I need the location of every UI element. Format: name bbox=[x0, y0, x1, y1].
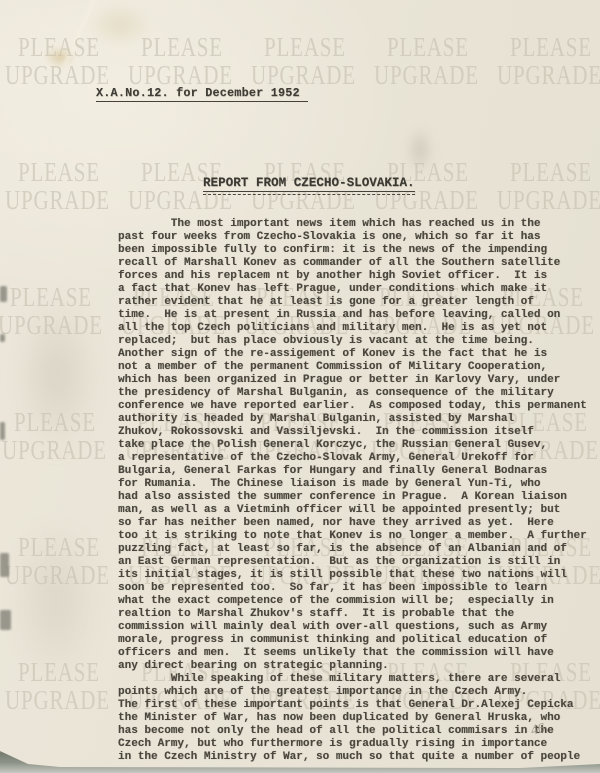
typed-line: take place the Polish General Korczyc, t… bbox=[118, 439, 600, 452]
report-title: REPORT FROM CZECHO-SLOVAKIA. bbox=[203, 176, 415, 192]
scan-artifact bbox=[0, 553, 9, 577]
typed-line: Zhukov, Rokossovski and Vassiljevski. In… bbox=[118, 426, 600, 439]
typed-line: morale, progress in communist thinking a… bbox=[118, 634, 600, 647]
typed-line: rather evident that he at least is gone … bbox=[118, 296, 600, 309]
scanned-document: PLEASEPLEASEPLEASEPLEASEPLEASEUPGRADEUPG… bbox=[0, 0, 600, 773]
typed-line: recall of Marshall Konev as commander of… bbox=[118, 257, 600, 270]
typed-line: replaced; but has place obviously is vac… bbox=[118, 335, 600, 348]
typed-line: conference we have reported earlier. As … bbox=[118, 400, 600, 413]
typed-line: all the top Czech politicians and milita… bbox=[118, 322, 600, 335]
typed-line: realtion to Marshal Zhukov's staff. It i… bbox=[118, 608, 600, 621]
typed-line: points which are of the greatest importa… bbox=[118, 686, 600, 699]
typed-line: too it is striking to note that Konev is… bbox=[118, 530, 600, 543]
typed-line: forces and his replacem nt by another hi… bbox=[118, 270, 600, 283]
typed-line: Another sign of the re-assigement of Kon… bbox=[118, 348, 600, 361]
typed-line: the presidency of Marshal Bulganin, as c… bbox=[118, 387, 600, 400]
typed-line: Bulgaria, General Farkas for Hungary and… bbox=[118, 465, 600, 478]
typed-line: past four weeks from Czecho-Slovakia is … bbox=[118, 231, 600, 244]
typed-line: authority is headed by Marshal Bulganin,… bbox=[118, 413, 600, 426]
typed-line: its initial stages, it is still possible… bbox=[118, 569, 600, 582]
typed-line: for Rumania. The Chinese liaison is made… bbox=[118, 478, 600, 491]
typed-line: man, as well as a Vietminh officer will … bbox=[118, 504, 600, 517]
typed-line: The most important news item which has r… bbox=[118, 218, 600, 231]
scan-artifact bbox=[0, 610, 11, 630]
document-number-heading: X.A.No.12. for December 1952 bbox=[96, 86, 308, 102]
typed-line: a representative of the Czecho-Slovak Ar… bbox=[118, 452, 600, 465]
typed-line: what the exact competence of the commisi… bbox=[118, 595, 600, 608]
typed-line: in the Czech Ministry of War, so much so… bbox=[118, 751, 600, 764]
document-body: The most important news item which has r… bbox=[118, 218, 600, 764]
scan-artifact bbox=[0, 286, 7, 302]
typed-line: so far has neither been named, nor have … bbox=[118, 517, 600, 530]
typed-line: puzzling fact, at least so far, is the a… bbox=[118, 543, 600, 556]
typed-line: commission will mainly deal with over-al… bbox=[118, 621, 600, 634]
typed-line: been impossible fully to confirm: it is … bbox=[118, 244, 600, 257]
typed-line: soon be represented too. So far, it has … bbox=[118, 582, 600, 595]
typed-line: While speaking of these military matters… bbox=[118, 673, 600, 686]
typed-line: the Minister of War, has now been duplic… bbox=[118, 712, 600, 725]
typed-line: had also assisted the summer conference … bbox=[118, 491, 600, 504]
typed-line: has become not only the head of all the … bbox=[118, 725, 600, 738]
scan-artifact bbox=[0, 422, 5, 440]
typed-line: Czech Army, but who furthermore is gradu… bbox=[118, 738, 600, 751]
typed-line: any direct bearing on strategic planning… bbox=[118, 660, 600, 673]
report-title-underline: REPORT FROM CZECHO-SLOVAKIA. bbox=[203, 173, 415, 195]
typed-line: which has been organized in Prague or be… bbox=[118, 374, 600, 387]
typed-line: officers and men. It seems unlikely that… bbox=[118, 647, 600, 660]
typed-line: an East German representation. But as th… bbox=[118, 556, 600, 569]
typed-line: a fact that Konev has left Prague, under… bbox=[118, 283, 600, 296]
typed-line: The first of these important points is t… bbox=[118, 699, 600, 712]
typed-line: time. He is at present in Russia and has… bbox=[118, 309, 600, 322]
typed-line: not a member of the permanent Commission… bbox=[118, 361, 600, 374]
scan-artifact bbox=[0, 334, 5, 342]
